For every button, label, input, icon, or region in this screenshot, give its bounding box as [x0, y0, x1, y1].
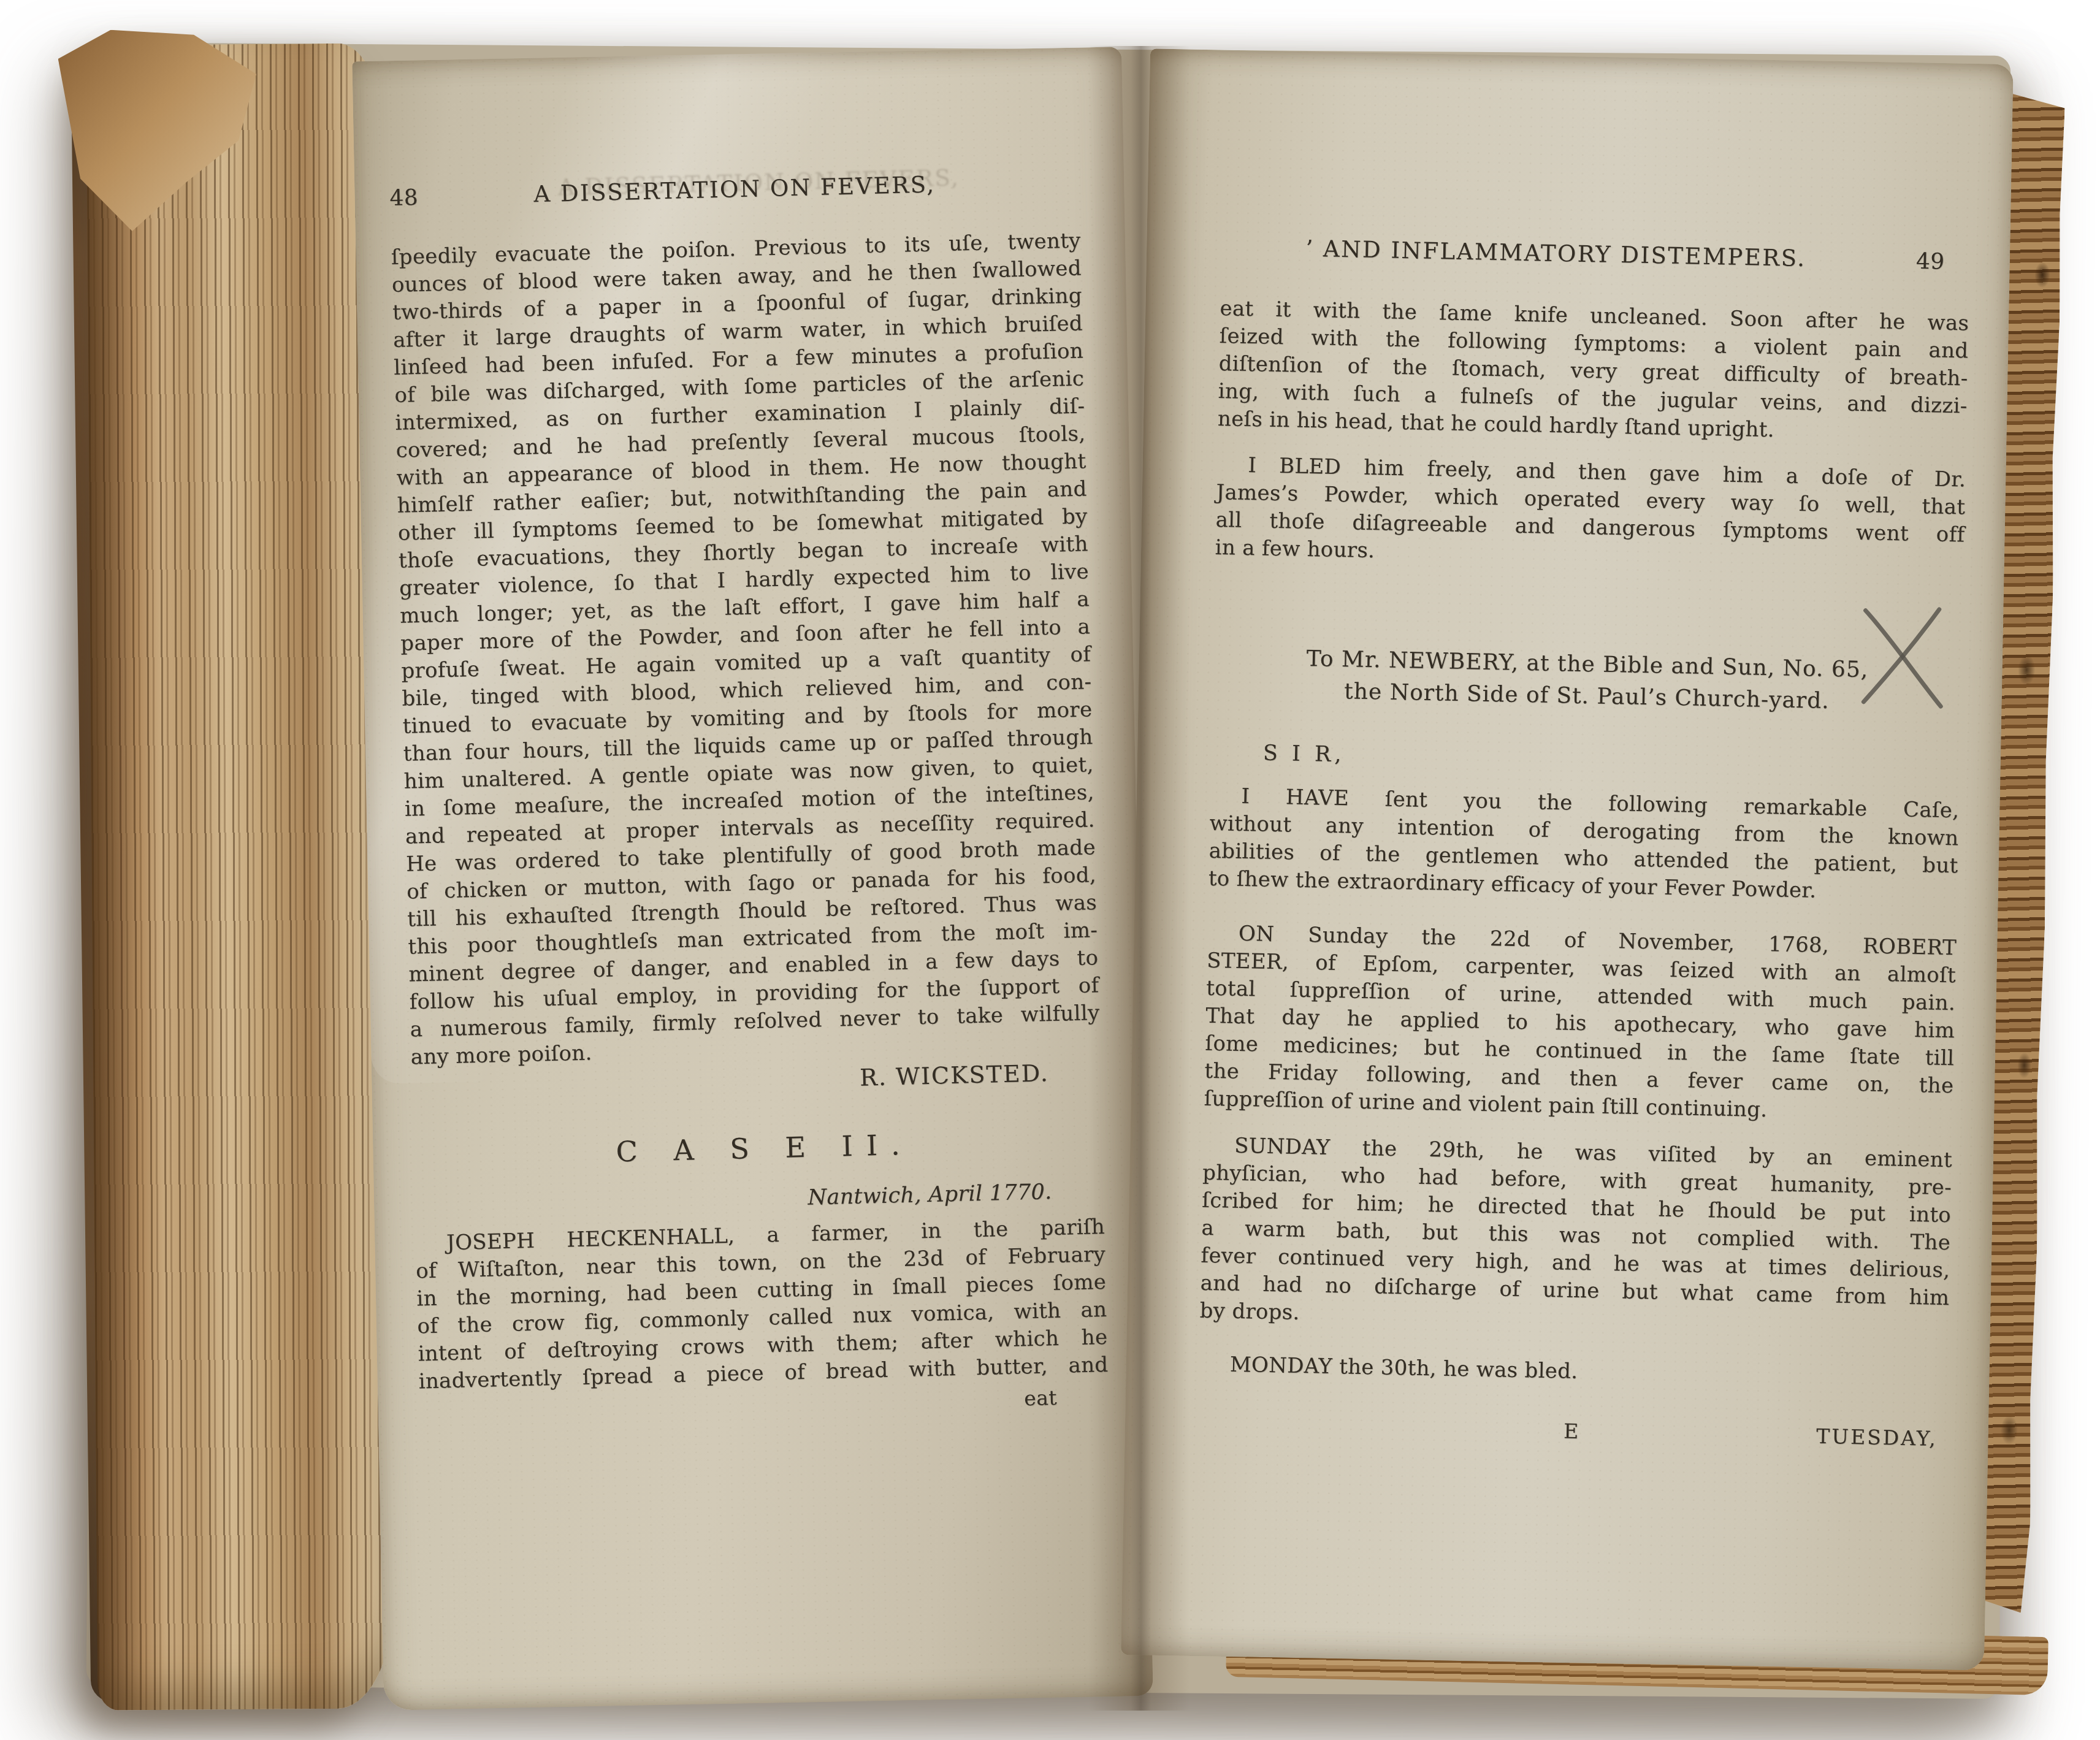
gutter-shadow	[1088, 46, 1189, 1711]
salutation-sir: S I R,	[1263, 740, 1961, 782]
left-page-content: 48 A DISSERTATION ON FEVERS, ſpeedily ev…	[389, 167, 1109, 1427]
book-photo: 48 A DISSERTATION ON FEVERS, ſpeedily ev…	[0, 0, 2100, 1740]
case-ii-heading: C A S E II.	[413, 1126, 1103, 1170]
header-spacer	[1006, 189, 1080, 191]
right-page-content: ’ AND INFLAMMATORY DISTEMPERS. 49 eat it…	[1197, 233, 1971, 1452]
left-page-edges	[86, 43, 392, 1710]
dateline: Nantwich, April 1770.	[414, 1177, 1104, 1221]
page-number-right: 49	[1890, 247, 1971, 277]
catchword-right: TUESDAY,	[1816, 1422, 1938, 1452]
paragraph-bled: I BLED him freely, and then gave him a d…	[1215, 451, 1966, 576]
signature-mark-e: E	[1564, 1419, 1581, 1444]
case-paragraph: JOSEPH HECKENHALL, a farmer, in the pari…	[415, 1213, 1109, 1395]
body-paragraph: ſpeedily evacuate the poiſon. Previous t…	[391, 227, 1101, 1071]
paragraph-intro: I HAVE ſent you the following remarkable…	[1208, 782, 1959, 907]
paragraph-monday: MONDAY the 30th, he was bled.	[1199, 1351, 1949, 1394]
paragraph-sunday: SUNDAY the 29th, he was viſited by an em…	[1199, 1132, 1952, 1340]
paragraph-knife: eat it with the ſame knife uncleaned. So…	[1217, 295, 1969, 448]
pencil-x-mark	[1855, 599, 1953, 715]
paragraph-steer: ON Sunday the 22d of November, 1768, ROB…	[1204, 920, 1957, 1128]
page-number-left: 48	[389, 183, 464, 212]
address-block: To Mr. NEWBERY, at the Bible and Sun, No…	[1212, 641, 1963, 720]
